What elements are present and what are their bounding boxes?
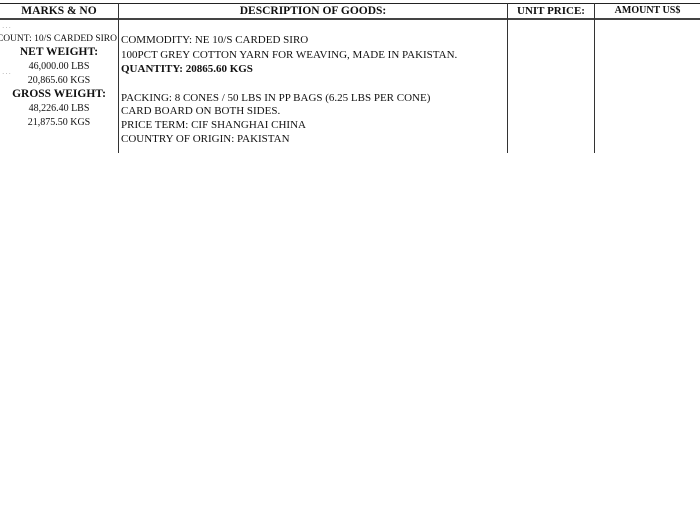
cardboard-line: CARD BOARD ON BOTH SIDES.: [121, 105, 280, 117]
header-amount: AMOUNT US$: [595, 4, 700, 18]
net-weight-lbs: 46,000.00 LBS: [0, 61, 118, 73]
quantity-line: QUANTITY: 20865.60 KGS: [121, 63, 253, 75]
header-description: DESCRIPTION OF GOODS:: [119, 4, 507, 18]
marks-count: COUNT: 10/S CARDED SIRO: [0, 33, 117, 45]
header-unit-price: UNIT PRICE:: [508, 4, 594, 18]
column-divider-marks: [118, 3, 119, 153]
packing-line: PACKING: 8 CONES / 50 LBS IN PP BAGS (6.…: [121, 92, 430, 104]
column-divider-unit-price: [594, 3, 595, 153]
header-marks: MARKS & NO: [0, 4, 118, 18]
country-of-origin-line: COUNTRY OF ORIGIN: PAKISTAN: [121, 133, 290, 145]
gross-weight-kgs: 21,875.50 KGS: [0, 117, 118, 129]
goods-description-line: 100PCT GREY COTTON YARN FOR WEAVING, MAD…: [121, 49, 457, 61]
gross-weight-label: GROSS WEIGHT:: [0, 88, 118, 100]
commodity-line: COMMODITY: NE 10/S CARDED SIRO: [121, 34, 308, 46]
price-term-line: PRICE TERM: CIF SHANGHAI CHINA: [121, 119, 306, 131]
column-divider-description: [507, 3, 508, 153]
header-bottom-border: [0, 18, 700, 20]
scan-artifact: ···: [2, 24, 12, 32]
gross-weight-lbs: 48,226.40 LBS: [0, 103, 118, 115]
net-weight-label: NET WEIGHT:: [0, 46, 118, 58]
net-weight-kgs: 20,865.60 KGS: [0, 75, 118, 87]
